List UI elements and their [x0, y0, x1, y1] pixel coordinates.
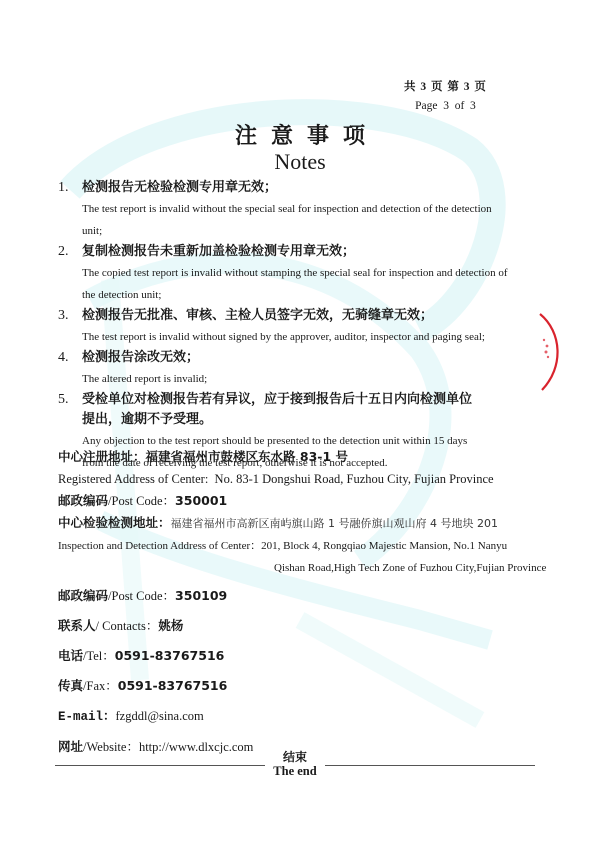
page-indicator: 共 3 页 第 3 页 Page 3 of 3 — [404, 78, 487, 116]
inspection-address-en: Inspection and Detection Address of Cent… — [58, 535, 578, 557]
divider-right — [325, 765, 535, 766]
note-en: The test report is invalid without the s… — [58, 198, 578, 220]
inspection-address-zh: 中心检验检测地址：福建省福州市高新区南屿旗山路 1 号融侨旗山观山府 4 号地块… — [58, 512, 578, 535]
note-item-3: 3.检测报告无批准、审核、主检人员签字无效，无骑缝章无效； The test r… — [58, 306, 578, 348]
note-en-cont: the detection unit; — [58, 284, 578, 306]
notes-list: 1.检测报告无检验检测专用章无效； The test report is inv… — [58, 178, 578, 474]
end-en: The end — [273, 764, 316, 778]
telephone: 电话/Tel：0591-83767516 — [58, 643, 578, 669]
contact-info: 中心注册地址：福建省福州市鼓楼区东水路 83-1 号 Registered Ad… — [58, 446, 578, 760]
page-title: 注意事项 Notes — [0, 124, 600, 174]
note-zh: 复制检测报告未重新加盖检验检测专用章无效； — [82, 242, 355, 262]
note-item-1: 1.检测报告无检验检测专用章无效； The test report is inv… — [58, 178, 578, 242]
note-item-2: 2.复制检测报告未重新加盖检验检测专用章无效； The copied test … — [58, 242, 578, 306]
title-zh: 注意事项 — [0, 124, 600, 150]
end-zh: 结束 — [273, 750, 316, 764]
title-en: Notes — [0, 150, 600, 174]
note-en: The altered report is invalid; — [58, 368, 578, 390]
note-number: 2. — [58, 242, 82, 262]
note-zh: 检测报告涂改无效； — [82, 348, 199, 368]
contacts: 联系人/ Contacts：姚杨 — [58, 613, 578, 639]
note-number: 4. — [58, 348, 82, 368]
note-en-cont: unit; — [58, 220, 578, 242]
note-item-4: 4.检测报告涂改无效； The altered report is invali… — [58, 348, 578, 390]
note-zh: 检测报告无批准、审核、主检人员签字无效，无骑缝章无效； — [82, 306, 433, 326]
page-indicator-en: Page 3 of 3 — [404, 97, 487, 116]
registered-address-zh: 中心注册地址：福建省福州市鼓楼区东水路 83-1 号 — [58, 446, 578, 468]
note-number: 1. — [58, 178, 82, 198]
note-number: 5. — [58, 390, 82, 410]
post-code-2: 邮政编码/Post Code：350109 — [58, 583, 578, 609]
note-zh: 受检单位对检测报告若有异议，应于接到报告后十五日内向检测单位 — [82, 390, 472, 410]
page-indicator-zh: 共 3 页 第 3 页 — [404, 78, 487, 97]
end-marker: 结束 The end — [55, 750, 535, 778]
fax: 传真/Fax：0591-83767516 — [58, 673, 578, 699]
note-en: The copied test report is invalid withou… — [58, 262, 578, 284]
email: E-mail：fzgddl@sina.com — [58, 703, 578, 730]
note-en: The test report is invalid without signe… — [58, 326, 578, 348]
note-number: 3. — [58, 306, 82, 326]
email-link[interactable]: fzgddl@sina.com — [116, 709, 204, 723]
note-zh: 检测报告无检验检测专用章无效； — [82, 178, 277, 198]
note-zh-cont: 提出，逾期不予受理。 — [82, 410, 212, 430]
divider-left — [55, 765, 265, 766]
inspection-address-en-cont: Qishan Road,High Tech Zone of Fuzhou Cit… — [58, 557, 578, 579]
post-code-1: 邮政编码/Post Code：350001 — [58, 490, 578, 512]
registered-address-en: Registered Address of Center: No. 83-1 D… — [58, 468, 578, 490]
paging-seal-icon — [536, 312, 566, 392]
